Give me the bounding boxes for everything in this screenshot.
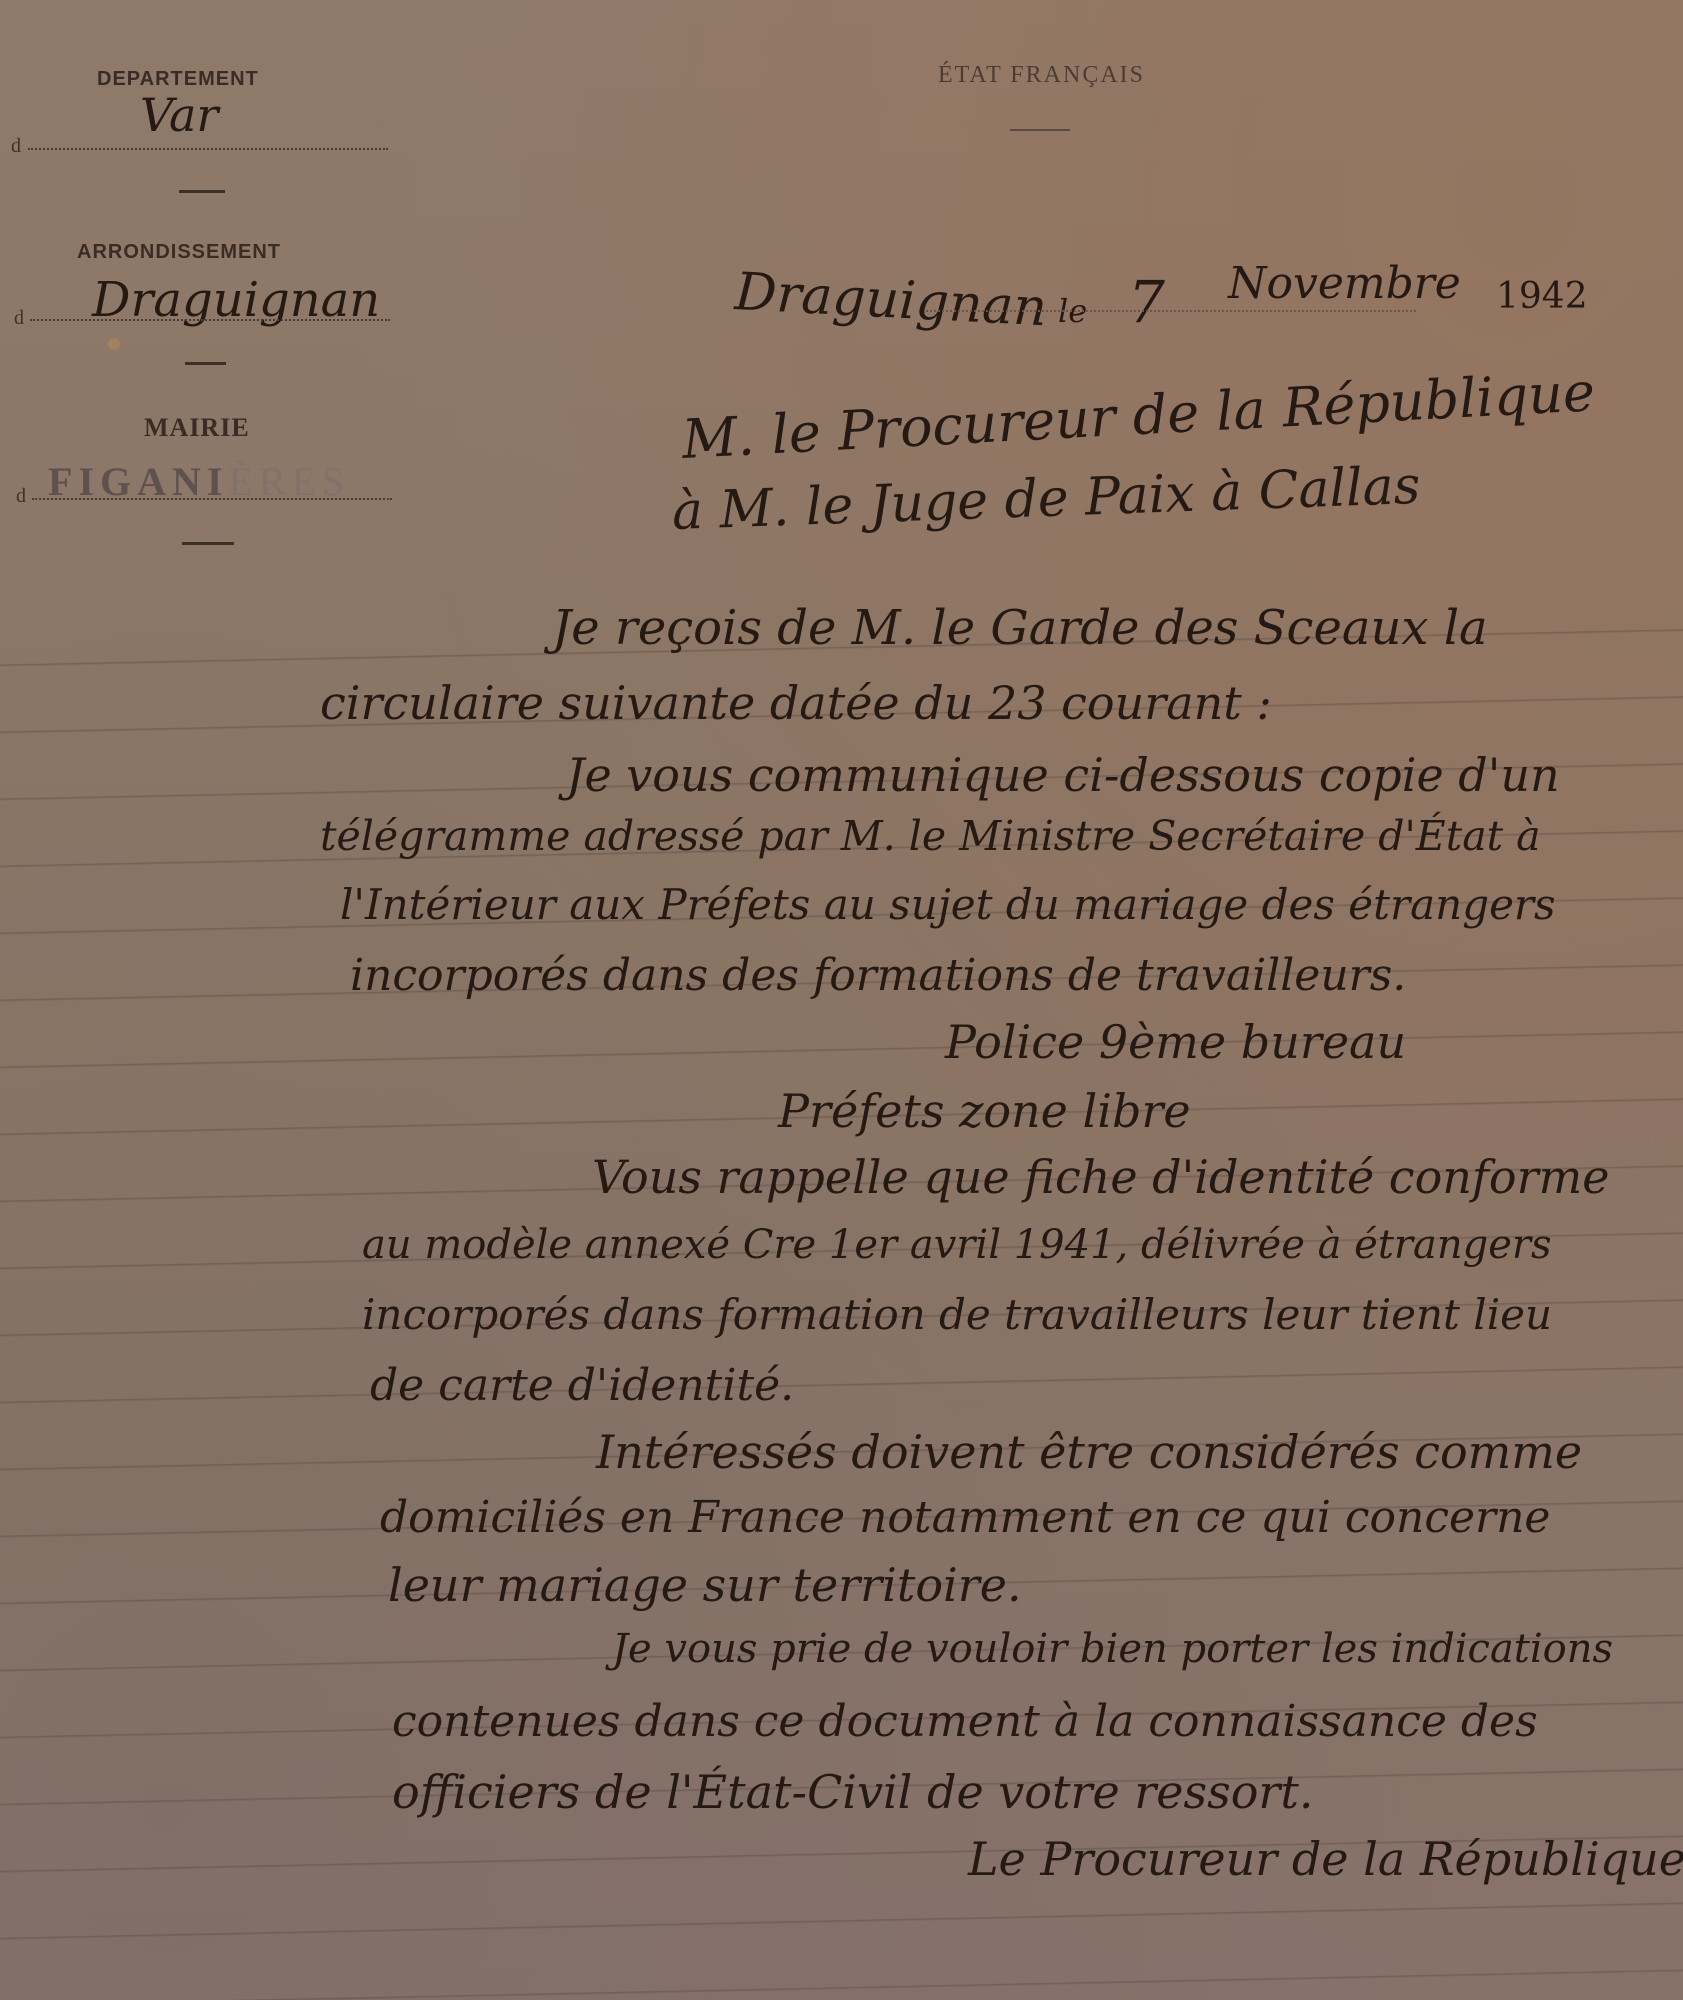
body-line: Je reçois de M. le Garde des Sceaux la <box>552 600 1488 656</box>
departement-value: Var <box>140 88 218 142</box>
arrondissement-field-line <box>30 319 390 322</box>
dateline-day: 7 <box>1128 268 1165 336</box>
address-line-1: M. le Procureur de la République <box>680 360 1596 471</box>
state-header: ÉTAT FRANÇAIS <box>938 62 1145 89</box>
body-line: incorporés dans des formations de travai… <box>350 950 1406 1001</box>
dateline-year: 1942 <box>1496 276 1588 317</box>
divider-dash <box>179 190 225 193</box>
body-line: incorporés dans formation de travailleur… <box>362 1290 1552 1339</box>
body-line: l'Intérieur aux Préfets au sujet du mari… <box>340 880 1556 929</box>
body-line: Préfets zone libre <box>778 1084 1191 1138</box>
paper-stain <box>108 338 120 350</box>
arrondissement-label: ARRONDISSEMENT <box>77 241 281 264</box>
body-line: circulaire suivante datée du 23 courant … <box>320 676 1272 730</box>
body-line: Je vous communique ci-dessous copie d'un <box>566 748 1560 802</box>
header-rule <box>1010 129 1070 131</box>
field-prefix: d <box>16 485 26 508</box>
body-line: leur mariage sur territoire. <box>388 1558 1022 1612</box>
body-line: de carte d'identité. <box>370 1360 794 1411</box>
field-prefix: d <box>11 135 21 158</box>
body-line: Je vous prie de vouloir bien porter les … <box>612 1626 1613 1672</box>
body-line: Vous rappelle que fiche d'identité confo… <box>592 1150 1609 1204</box>
mairie-field-line <box>32 498 392 501</box>
address-line-2: à M. le Juge de Paix à Callas <box>671 456 1421 542</box>
departement-field-line <box>28 148 388 151</box>
body-line: contenues dans ce document à la connaiss… <box>392 1696 1538 1747</box>
dateline-place: Draguignan <box>733 262 1048 338</box>
dateline-dotted-line <box>926 310 1416 313</box>
document-page: DEPARTEMENT Var d ARRONDISSEMENT Draguig… <box>0 0 1683 2000</box>
body-line: au modèle annexé Cre 1er avril 1941, dél… <box>362 1222 1552 1268</box>
body-line: Intéressés doivent être considérés comme <box>596 1425 1582 1479</box>
field-prefix: d <box>14 307 24 330</box>
body-line: télégramme adressé par M. le Ministre Se… <box>320 812 1541 860</box>
divider-dash <box>185 362 226 365</box>
body-line: domiciliés en France notamment en ce qui… <box>380 1492 1550 1543</box>
body-line: officiers de l'État-Civil de votre resso… <box>392 1765 1314 1819</box>
divider-dash <box>182 542 234 545</box>
mairie-label: MAIRIE <box>144 413 250 443</box>
dateline-month: Novembre <box>1228 258 1461 309</box>
signature: Le Procureur de la République. <box>968 1832 1683 1886</box>
body-line: Police 9ème bureau <box>945 1015 1406 1069</box>
